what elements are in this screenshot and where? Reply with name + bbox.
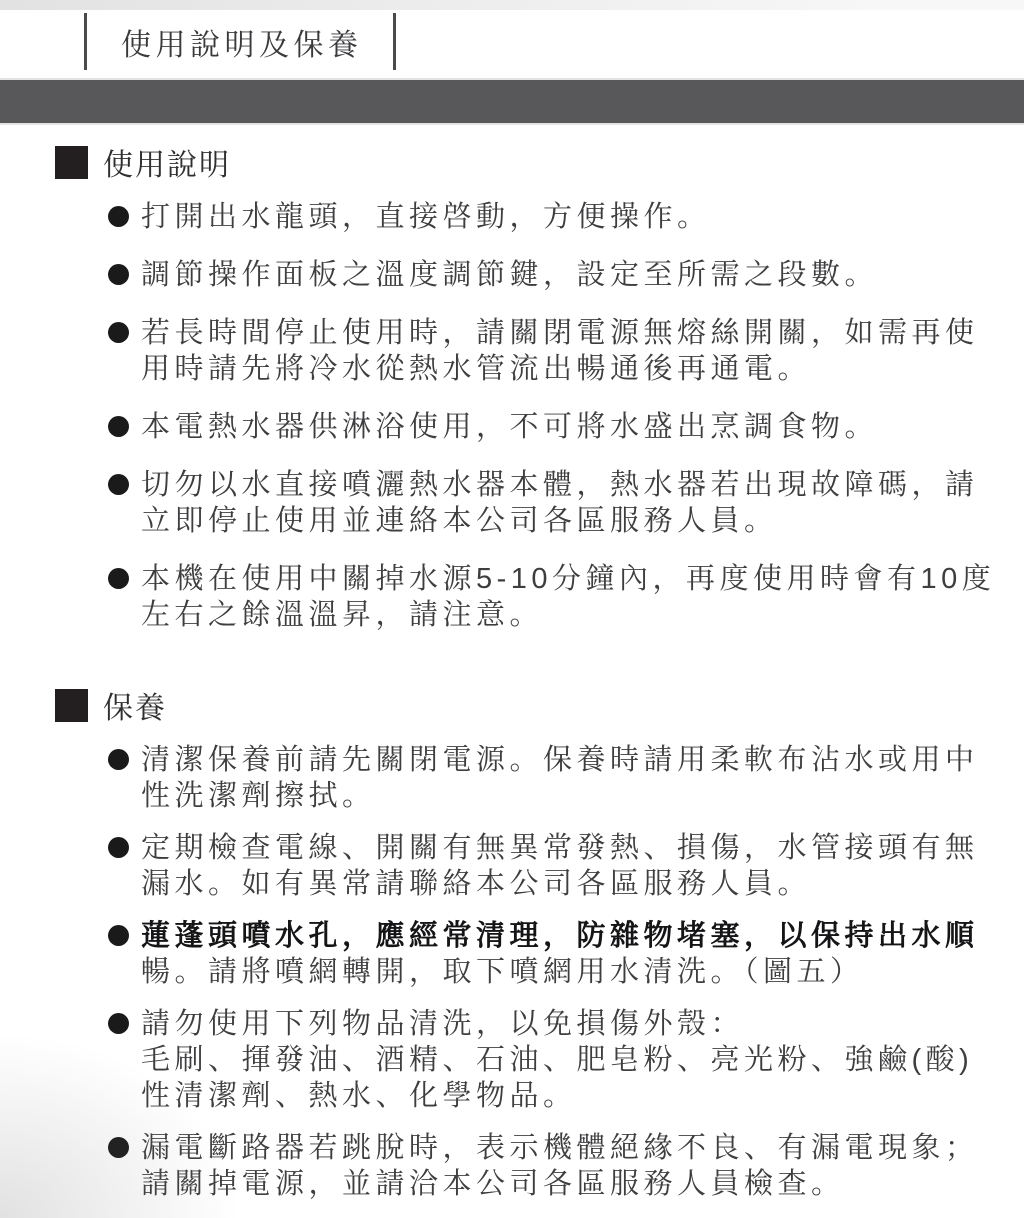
page-header: 使用說明及保養 xyxy=(84,13,396,70)
bullet-line: 切勿以水直接噴灑熱水器本體，熱水器若出現故障碼，請 xyxy=(141,467,979,503)
bullet-line: 毛刷、揮發油、酒精、石油、肥皂粉、亮光粉、強鹼(酸) xyxy=(141,1042,973,1078)
bullet-icon xyxy=(108,1137,129,1158)
list-item: 調節操作面板之溫度調節鍵，設定至所需之段數。 xyxy=(55,257,1005,293)
list-item: 切勿以水直接噴灑熱水器本體，熱水器若出現故障碼，請 立即停止使用並連絡本公司各區… xyxy=(55,467,1005,539)
bullet-line: 性洗潔劑擦拭。 xyxy=(141,778,979,814)
section-maintenance: 保養 清潔保養前請先關閉電源。保養時請用柔軟布沾水或用中 性洗潔劑擦拭。 定期檢… xyxy=(55,683,1005,1202)
bullet-line: 本電熱水器供淋浴使用，不可將水盛出烹調食物。 xyxy=(141,409,878,445)
section-marker-icon xyxy=(55,146,88,179)
list-item: 本機在使用中關掉水源5-10分鐘內，再度使用時會有10度 左右之餘溫溫昇，請注意… xyxy=(55,561,1005,633)
bullet-line: 請關掉電源，並請洽本公司各區服務人員檢查。 xyxy=(141,1166,979,1202)
bullet-text: 定期檢查電線、開關有無異常發熱、損傷，水管接頭有無 漏水。如有異常請聯絡本公司各… xyxy=(141,830,979,902)
bullet-text: 請勿使用下列物品清洗，以免損傷外殼： 毛刷、揮發油、酒精、石油、肥皂粉、亮光粉、… xyxy=(141,1006,973,1114)
bullet-line: 定期檢查電線、開關有無異常發熱、損傷，水管接頭有無 xyxy=(141,830,979,866)
bullet-line: 調節操作面板之溫度調節鍵，設定至所需之段數。 xyxy=(141,257,878,293)
list-item: 打開出水龍頭，直接啓動，方便操作。 xyxy=(55,199,1005,235)
bullet-line: 左右之餘溫溫昇，請注意。 xyxy=(141,597,995,633)
bullet-text: 本電熱水器供淋浴使用，不可將水盛出烹調食物。 xyxy=(141,409,878,445)
section-title: 保養 xyxy=(103,683,167,727)
bullet-line: 若長時間停止使用時，請關閉電源無熔絲開關，如需再使 xyxy=(141,315,979,351)
bullet-line: 立即停止使用並連絡本公司各區服務人員。 xyxy=(141,503,979,539)
list-item: 蓮蓬頭噴水孔，應經常清理，防雜物堵塞，以保持出水順 暢。請將噴網轉開，取下噴網用… xyxy=(55,918,1005,990)
list-item: 本電熱水器供淋浴使用，不可將水盛出烹調食物。 xyxy=(55,409,1005,445)
bullet-icon xyxy=(108,206,129,227)
bullet-line: 本機在使用中關掉水源5-10分鐘內，再度使用時會有10度 xyxy=(141,561,995,597)
page-content: 使用說明 打開出水龍頭，直接啓動，方便操作。 調節操作面板之溫度調節鍵，設定至所… xyxy=(55,140,1005,1218)
bullet-text: 本機在使用中關掉水源5-10分鐘內，再度使用時會有10度 左右之餘溫溫昇，請注意… xyxy=(141,561,995,633)
bullet-line: 暢。請將噴網轉開，取下噴網用水清洗。（圖五） xyxy=(141,954,979,990)
bullet-text: 打開出水龍頭，直接啓動，方便操作。 xyxy=(141,199,711,235)
bullet-text: 漏電斷路器若跳脫時，表示機體絕緣不良、有漏電現象； 請關掉電源，並請洽本公司各區… xyxy=(141,1130,979,1202)
bullet-icon xyxy=(108,749,129,770)
bullet-icon xyxy=(108,925,129,946)
bullet-icon xyxy=(108,322,129,343)
bullet-text: 蓮蓬頭噴水孔，應經常清理，防雜物堵塞，以保持出水順 暢。請將噴網轉開，取下噴網用… xyxy=(141,918,979,990)
bullet-text: 切勿以水直接噴灑熱水器本體，熱水器若出現故障碼，請 立即停止使用並連絡本公司各區… xyxy=(141,467,979,539)
bullet-text: 清潔保養前請先關閉電源。保養時請用柔軟布沾水或用中 性洗潔劑擦拭。 xyxy=(141,742,979,814)
list-item: 清潔保養前請先關閉電源。保養時請用柔軟布沾水或用中 性洗潔劑擦拭。 xyxy=(55,742,1005,814)
bullet-icon xyxy=(108,1013,129,1034)
section-divider-bar xyxy=(0,78,1024,125)
list-item: 定期檢查電線、開關有無異常發熱、損傷，水管接頭有無 漏水。如有異常請聯絡本公司各… xyxy=(55,830,1005,902)
bullet-text: 若長時間停止使用時，請關閉電源無熔絲開關，如需再使 用時請先將冷水從熱水管流出暢… xyxy=(141,315,979,387)
bullet-icon xyxy=(108,837,129,858)
bullet-icon xyxy=(108,568,129,589)
bullet-line: 漏水。如有異常請聯絡本公司各區服務人員。 xyxy=(141,866,979,902)
bullet-line: 打開出水龍頭，直接啓動，方便操作。 xyxy=(141,199,711,235)
section-title: 使用說明 xyxy=(103,140,231,184)
manual-page: 使用說明及保養 使用說明 打開出水龍頭，直接啓動，方便操作。 調節操作面板之溫度… xyxy=(0,0,1024,1218)
title-right-divider-icon xyxy=(393,13,396,70)
section-header: 使用說明 xyxy=(55,140,1005,184)
section-marker-icon xyxy=(55,689,88,722)
section-header: 保養 xyxy=(55,683,1005,727)
list-item: 請勿使用下列物品清洗，以免損傷外殼： 毛刷、揮發油、酒精、石油、肥皂粉、亮光粉、… xyxy=(55,1006,1005,1114)
page-top-edge xyxy=(0,0,1024,10)
bullet-icon xyxy=(108,264,129,285)
bullet-line: 請勿使用下列物品清洗，以免損傷外殼： xyxy=(141,1006,973,1042)
bullet-line: 漏電斷路器若跳脫時，表示機體絕緣不良、有漏電現象； xyxy=(141,1130,979,1166)
bullet-line: 用時請先將冷水從熱水管流出暢通後再通電。 xyxy=(141,351,979,387)
list-item: 若長時間停止使用時，請關閉電源無熔絲開關，如需再使 用時請先將冷水從熱水管流出暢… xyxy=(55,315,1005,387)
bullet-line-emphasized: 蓮蓬頭噴水孔，應經常清理，防雜物堵塞，以保持出水順 xyxy=(141,918,979,954)
list-item: 漏電斷路器若跳脫時，表示機體絕緣不良、有漏電現象； 請關掉電源，並請洽本公司各區… xyxy=(55,1130,1005,1202)
bullet-icon xyxy=(108,416,129,437)
bullet-line: 性清潔劑、熱水、化學物品。 xyxy=(141,1078,973,1114)
bullet-text: 調節操作面板之溫度調節鍵，設定至所需之段數。 xyxy=(141,257,878,293)
bullet-icon xyxy=(108,474,129,495)
page-title: 使用說明及保養 xyxy=(87,20,393,64)
bullet-line: 清潔保養前請先關閉電源。保養時請用柔軟布沾水或用中 xyxy=(141,742,979,778)
section-usage-instructions: 使用說明 打開出水龍頭，直接啓動，方便操作。 調節操作面板之溫度調節鍵，設定至所… xyxy=(55,140,1005,633)
